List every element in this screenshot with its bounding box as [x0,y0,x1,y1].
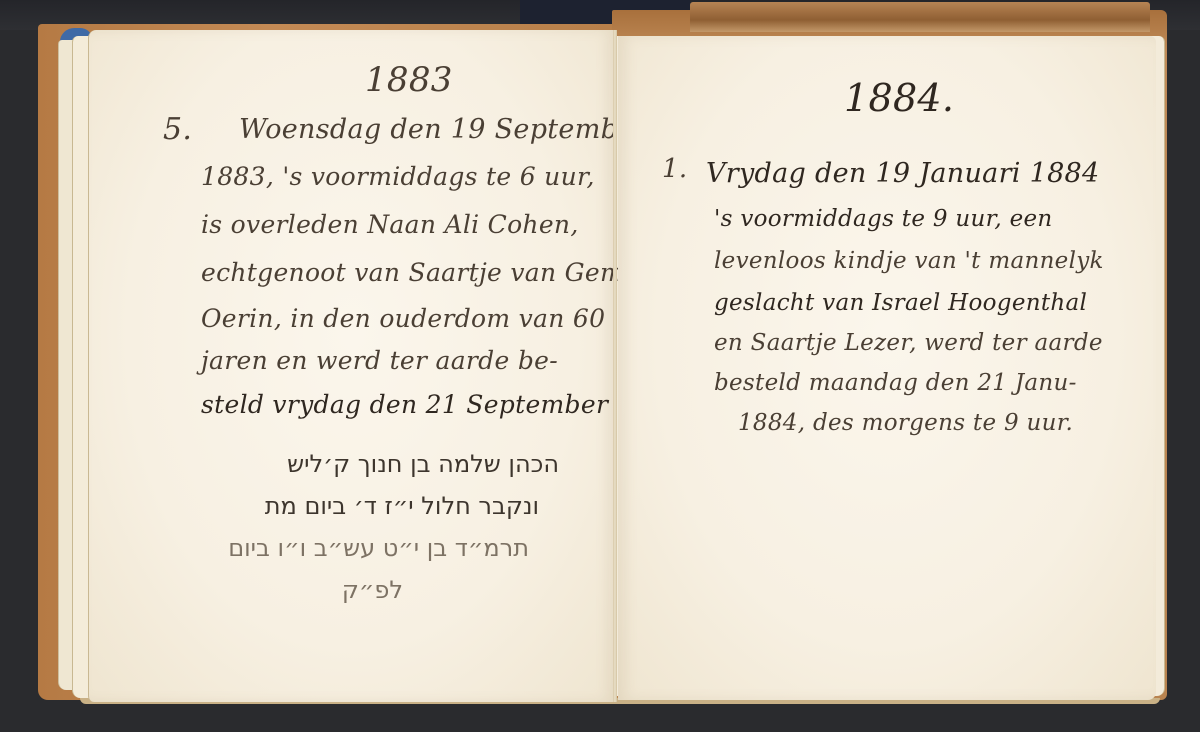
left-line-7: steld vrydag den 21 September 1883 [201,390,681,419]
left-line-5: Oerin, in den ouderdom van 60 [201,304,605,333]
hebrew-line-4: לפ״ק [342,576,403,604]
left-line-2: 1883, 's voormiddags te 6 uur, [201,162,595,191]
right-page-year: 1884. [844,76,954,120]
hebrew-line-3: תרמ״ד בן י״ט עש״ב ו״ו ביום [228,534,529,562]
left-page: 1883 5. Woensdag den 19 September 1883, … [88,30,615,702]
left-entry-number: 5. [163,112,192,147]
left-line-6: jaren en werd ter aarde be- [201,346,558,375]
right-entry-number: 1. [662,154,687,184]
right-line-3: levenloos kindje van 't mannelyk [714,248,1104,274]
hebrew-line-2: ונקבר חלול י״ז ד׳ ביום מת [265,492,539,520]
left-page-year: 1883 [365,60,453,100]
right-line-2: 's voormiddags te 9 uur, een [714,206,1053,232]
right-line-5: en Saartje Lezer, werd ter aarde [714,330,1103,356]
hebrew-line-1: הכהן שלמה בן חנוך ק׳ליש [287,450,559,478]
book-cover-top-flap [690,2,1150,32]
left-line-3: is overleden Naan Ali Cohen, [201,210,579,239]
right-line-6: besteld maandag den 21 Janu- [714,370,1077,396]
right-line-7: 1884, des morgens te 9 uur. [738,410,1073,436]
right-line-1: Vrydag den 19 Januari 1884 [706,158,1100,189]
left-line-4: echtgenoot van Saartje van Gem [201,258,624,287]
left-line-1: Woensdag den 19 September [239,114,648,145]
book-gutter [613,30,617,702]
right-page: 1884. 1. Vrydag den 19 Januari 1884 's v… [618,36,1156,700]
right-line-4: geslacht van Israel Hoogenthal [714,290,1087,316]
